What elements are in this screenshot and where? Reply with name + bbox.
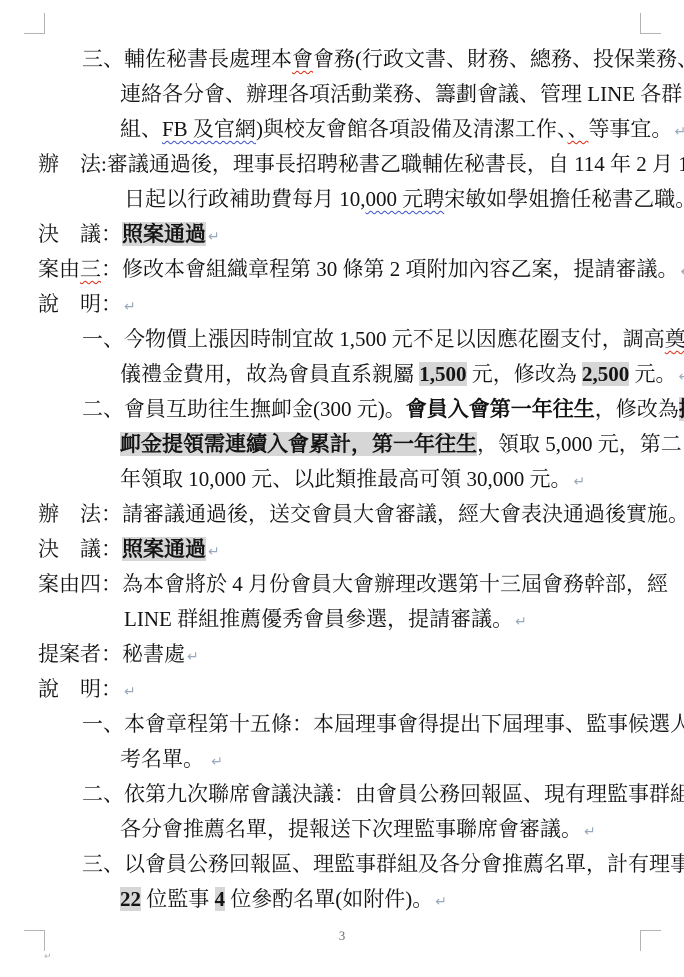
- paragraph-mark-icon: ↵: [185, 649, 199, 665]
- spellcheck-flagged-run: 會: [292, 47, 313, 71]
- text-run: 決 議：: [38, 222, 122, 246]
- paragraph-mark-icon: ↵: [206, 544, 220, 560]
- text-run: 二、依第九次聯席會議決議：由會員公務回報區、現有理監事群組及: [82, 782, 684, 806]
- paragraph-mark-icon: ↵: [513, 614, 527, 630]
- text-run: 組、: [120, 117, 162, 141]
- text-run: 二、會員互助往生撫卹金(300 元)。: [82, 397, 406, 421]
- text-run: 各分會推薦名單，提報送下次理監事聯席會審議。: [120, 817, 582, 841]
- text-line: 年領取 10,000 元、以此類推最高可領 30,000 元。↵: [0, 462, 684, 497]
- text-line: 二、依第九次聯席會議決議：由會員公務回報區、現有理監事群組及: [0, 777, 684, 812]
- text-line: 各分會推薦名單，提報送下次理監事聯席會審議。↵: [0, 812, 684, 847]
- text-line: 三、輔佐秘書長處理本會會務(行政文書、財務、總務、投保業務、: [0, 42, 684, 77]
- text-run: 三、以會員公務回報區、理監事群組及各分會推薦名單，計有理事: [82, 852, 684, 876]
- highlighted-run: 4: [215, 887, 226, 911]
- text-line: 連絡各分會、辦理各項活動業務、籌劃會議、管理 LINE 各群: [0, 77, 684, 112]
- text-line: 決 議：照案通過↵: [0, 532, 684, 567]
- text-run: 說 明：: [38, 292, 122, 316]
- document-page[interactable]: 三、輔佐秘書長處理本會會務(行政文書、財務、總務、投保業務、連絡各分會、辦理各項…: [0, 0, 684, 977]
- text-run: 會務(行政文書、財務、總務、投保業務、: [313, 47, 684, 71]
- highlighted-run: 2,500: [582, 362, 629, 386]
- text-line: 一、今物價上漲因時制宜故 1,500 元不足以因應花圈支付，調高奠: [0, 322, 684, 357]
- text-run: 三、輔佐秘書長處理本: [82, 47, 292, 71]
- text-run: 位參酌名單(如附件)。: [225, 887, 433, 911]
- text-run: 辦 法:審議通過後，理事長招聘秘書乙職輔佐秘書長，自 114 年 2 月 1: [38, 152, 684, 176]
- text-run: 提案者：秘書處: [38, 642, 185, 666]
- footer-paragraph-mark-icon: ↵: [44, 952, 52, 962]
- document-body: 三、輔佐秘書長處理本會會務(行政文書、財務、總務、投保業務、連絡各分會、辦理各項…: [0, 42, 684, 917]
- highlighted-run: 22: [120, 887, 141, 911]
- text-run: LINE 群組推薦優秀會員參選，提請審議。: [124, 607, 513, 631]
- text-line: 辦 法：請審議通過後，送交會員大會審議，經大會表決通過後實施。↵: [0, 497, 684, 532]
- highlighted-run: 撫: [679, 397, 684, 421]
- highlighted-run: 照案通過: [122, 537, 206, 561]
- text-run: 元，修改為: [467, 362, 583, 386]
- text-run: )與校友會館各項設備及清潔工作、: [256, 117, 568, 141]
- text-run: 考名單。: [120, 747, 209, 771]
- text-line: 一、本會章程第十五條：本屆理事會得提出下屆理事、監事候選人參: [0, 707, 684, 742]
- text-line: 考名單。 ↵: [0, 742, 684, 777]
- text-line: 二、會員互助往生撫卹金(300 元)。會員入會第一年往生，修改為撫: [0, 392, 684, 427]
- text-run: 一、今物價上漲因時制宜故 1,500 元不足以因應花圈支付，調高: [82, 327, 665, 351]
- paragraph-mark-icon: ↵: [122, 299, 136, 315]
- text-line: 提案者：秘書處↵: [0, 637, 684, 672]
- paragraph-mark-icon: ↵: [209, 754, 223, 770]
- text-run: ，修改為: [595, 397, 679, 421]
- text-run: 連絡各分會、辦理各項活動業務、籌劃會議、管理 LINE 各群: [120, 82, 682, 106]
- page-number: 3: [0, 928, 684, 944]
- spellcheck-flagged-run: 三: [80, 257, 101, 281]
- text-line: 卹金提領需連續入會累計，第一年往生，領取 5,000 元，第二: [0, 427, 684, 462]
- spellcheck-flagged-run: 000 元聘: [366, 187, 445, 211]
- text-line: 組、FB 及官網)與校友會館各項設備及清潔工作、、等事宜。↵: [0, 112, 684, 147]
- text-run: 說 明：: [38, 677, 122, 701]
- text-run: 案由四：為本會將於 4 月份會員大會辦理改選第十三屆會務幹部，經: [38, 572, 668, 596]
- text-run: 案由: [38, 257, 80, 281]
- text-run: 位監事: [141, 887, 215, 911]
- text-line: LINE 群組推薦優秀會員參選，提請審議。↵: [0, 602, 684, 637]
- text-run: 元。: [629, 362, 676, 386]
- text-line: 22 位監事 4 位參酌名單(如附件)。↵: [0, 882, 684, 917]
- text-run: 儀禮金費用，故為會員直系親屬: [120, 362, 419, 386]
- text-run: 年領取 10,000 元、以此類推最高可領 30,000 元。: [120, 467, 572, 491]
- margin-corner-mark-top-right: [640, 13, 661, 34]
- paragraph-mark-icon: ↵: [679, 264, 684, 280]
- text-line: 辦 法:審議通過後，理事長招聘秘書乙職輔佐秘書長，自 114 年 2 月 1: [0, 147, 684, 182]
- text-line: 說 明：↵: [0, 672, 684, 707]
- text-line: 決 議：照案通過↵: [0, 217, 684, 252]
- text-run: 會員入會第一年往生: [406, 397, 595, 421]
- text-run: 宋敏如學姐擔任秘書乙職。: [444, 187, 684, 211]
- text-run: ：修改本會組織章程第 30 條第 2 項附加內容乙案，提請審議。: [101, 257, 679, 281]
- text-line: 案由三：修改本會組織章程第 30 條第 2 項附加內容乙案，提請審議。↵: [0, 252, 684, 287]
- text-line: 三、以會員公務回報區、理監事群組及各分會推薦名單，計有理事: [0, 847, 684, 882]
- paragraph-mark-icon: ↵: [677, 369, 684, 385]
- spellcheck-flagged-run: 奠: [665, 327, 684, 351]
- text-run: 辦 法：請審議通過後，送交會員大會審議，經大會表決通過後實施。: [38, 502, 684, 526]
- text-line: 案由四：為本會將於 4 月份會員大會辦理改選第十三屆會務幹部，經: [0, 567, 684, 602]
- text-line: 說 明：↵: [0, 287, 684, 322]
- text-run: 日起以行政補助費每月 10,: [124, 187, 366, 211]
- highlighted-run: 卹金提領需連續入會累計，第一年往生: [120, 432, 477, 456]
- paragraph-mark-icon: ↵: [672, 124, 684, 140]
- paragraph-mark-icon: ↵: [433, 894, 447, 910]
- text-line: 日起以行政補助費每月 10,000 元聘宋敏如學姐擔任秘書乙職。↵: [0, 182, 684, 217]
- text-run: ，領取 5,000 元，第二: [477, 432, 682, 456]
- highlighted-run: 照案通過: [122, 222, 206, 246]
- highlighted-run: 1,500: [419, 362, 466, 386]
- paragraph-mark-icon: ↵: [122, 684, 136, 700]
- paragraph-mark-icon: ↵: [206, 229, 220, 245]
- text-run: 一、本會章程第十五條：本屆理事會得提出下屆理事、監事候選人參: [82, 712, 684, 736]
- spellcheck-flagged-run: 、: [567, 117, 588, 141]
- text-run: 決 議：: [38, 537, 122, 561]
- text-run: 等事宜。: [588, 117, 672, 141]
- spellcheck-flagged-run: FB 及官網: [162, 117, 256, 141]
- text-line: 儀禮金費用，故為會員直系親屬 1,500 元，修改為 2,500 元。↵: [0, 357, 684, 392]
- margin-corner-mark-top-left: [24, 13, 45, 34]
- paragraph-mark-icon: ↵: [572, 474, 586, 490]
- paragraph-mark-icon: ↵: [582, 824, 596, 840]
